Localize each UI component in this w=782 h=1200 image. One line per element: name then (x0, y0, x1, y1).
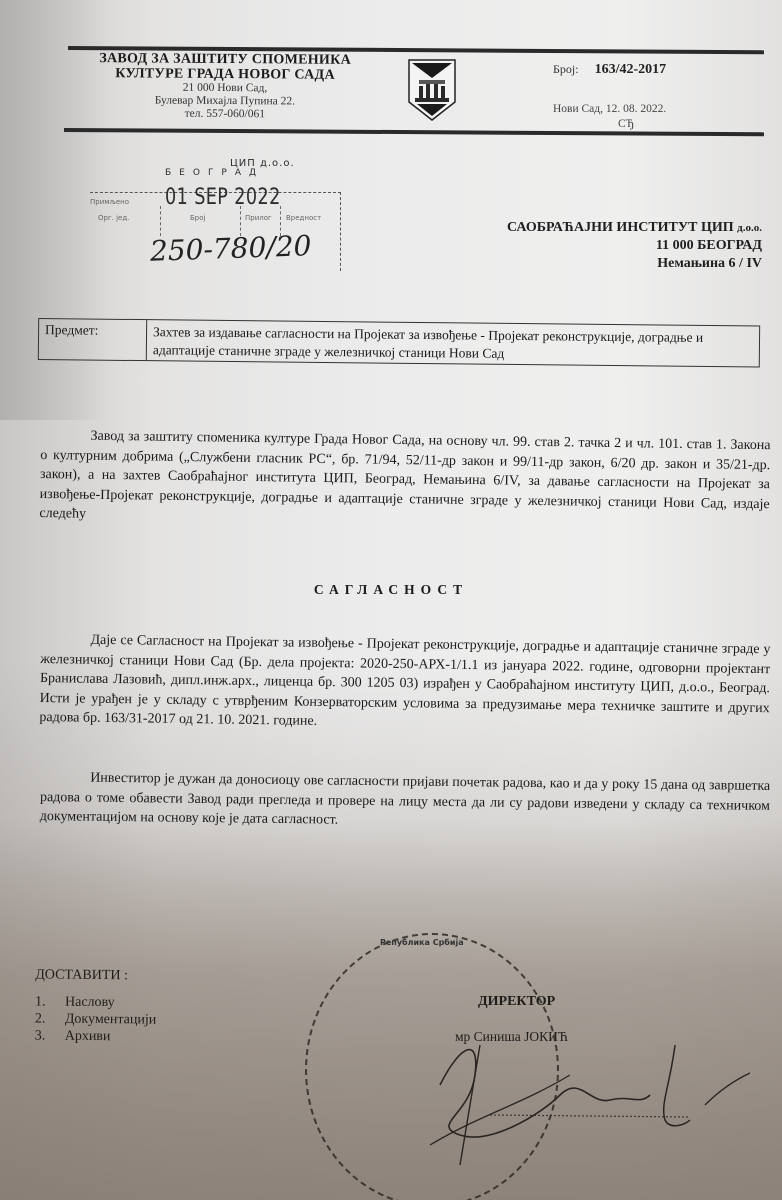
recipient-street: Немањина 6 / IV (507, 255, 762, 273)
body-paragraph-investor: Инвеститор је дужан да доносиоцу ове саг… (40, 768, 771, 835)
document-date: Нови Сад, 12. 08. 2022. (553, 103, 666, 115)
recipient-city: 11 000 БЕОГРАД (507, 237, 762, 255)
document-number: Број:163/42-2017 (553, 62, 666, 78)
stamp-col-label: Вредност (286, 214, 321, 222)
delivery-item: 3.Архиви (35, 1027, 157, 1045)
subject-box: Предмет: Захтев за издавање сагласности … (38, 318, 760, 368)
institution-phone: тел. 557-060/061 (85, 107, 365, 122)
delivery-title: ДОСТАВИТИ : (35, 967, 157, 984)
decision-heading: САГЛАСНОСТ (0, 582, 782, 598)
stamp-city: БЕОГРАД (165, 168, 264, 178)
subject-label: Предмет: (39, 319, 147, 360)
seal-text: Република Србија (380, 938, 464, 947)
stamp-col-label: Прилог (245, 214, 272, 222)
recipient-name: САОБРАЋАЈНИ ИНСТИТУТ ЦИП (507, 220, 734, 235)
body-paragraph-consent: Даје се Сагласност на Пројекат за извође… (39, 630, 770, 738)
city-coat-of-arms-icon (407, 58, 457, 122)
delivery-list: ДОСТАВИТИ : 1.Наслову 2.Документацији 3.… (35, 967, 157, 1045)
incoming-stamp: ЦИП д.о.о. БЕОГРАД Примљено 01 SEP 2022 … (90, 152, 350, 277)
stamp-date: 01 SEP 2022 (165, 185, 281, 210)
stamp-divider (160, 206, 161, 236)
letterhead-institution: ЗАВОД ЗА ЗАШТИТУ СПОМЕНИКА КУЛТУРЕ ГРАДА… (85, 51, 365, 122)
subject-text: Захтев за издавање сагласности на Пројек… (147, 320, 759, 366)
document-number-label: Број: (553, 62, 579, 76)
delivery-item: 2.Документацији (35, 1010, 157, 1028)
document-page: ЗАВОД ЗА ЗАШТИТУ СПОМЕНИКА КУЛТУРЕ ГРАДА… (0, 0, 782, 1200)
stamp-col-label: Орг. јед. (98, 214, 129, 222)
institution-name-line2: КУЛТУРЕ ГРАДА НОВОГ САДА (85, 66, 365, 83)
handwritten-signature-icon (420, 1025, 750, 1165)
document-number-value: 163/42-2017 (595, 62, 667, 77)
stamp-received-label: Примљено (90, 198, 129, 206)
signatory-role: ДИРЕКТОР (478, 994, 555, 1010)
letterhead-bottom-rule (64, 128, 764, 136)
stamp-col-label: Број (190, 214, 205, 222)
delivery-item: 1.Наслову (35, 993, 157, 1011)
recipient-address: САОБРАЋАЈНИ ИНСТИТУТ ЦИП д.о.о. 11 000 Б… (507, 219, 762, 273)
author-initials: СЂ (618, 118, 634, 130)
recipient-name-suffix: д.о.о. (737, 222, 762, 234)
body-paragraph-intro: Завод за заштиту споменика културе Града… (39, 426, 770, 534)
stamp-handwritten-number: 250-780/20 (149, 229, 311, 268)
